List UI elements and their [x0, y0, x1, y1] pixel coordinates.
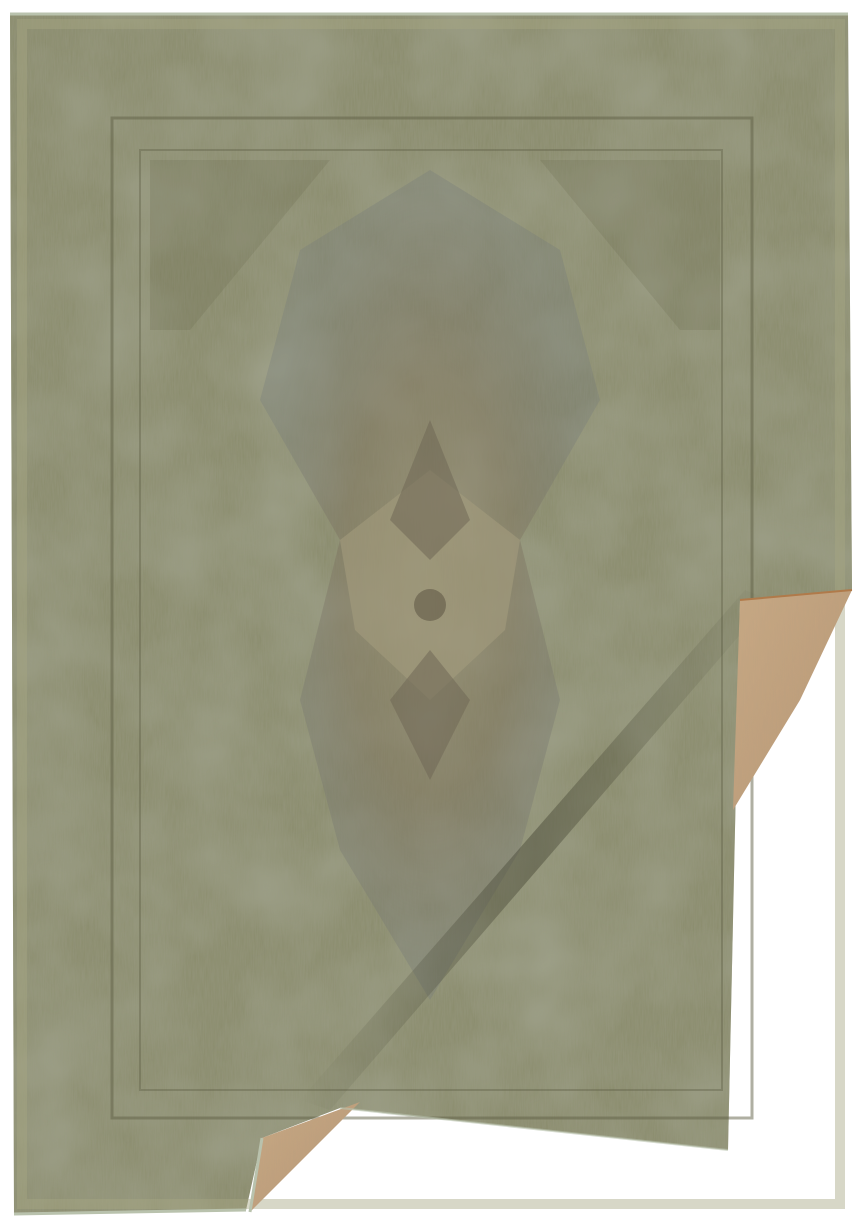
rug-photo: [0, 0, 860, 1226]
rug-illustration: [0, 0, 860, 1226]
